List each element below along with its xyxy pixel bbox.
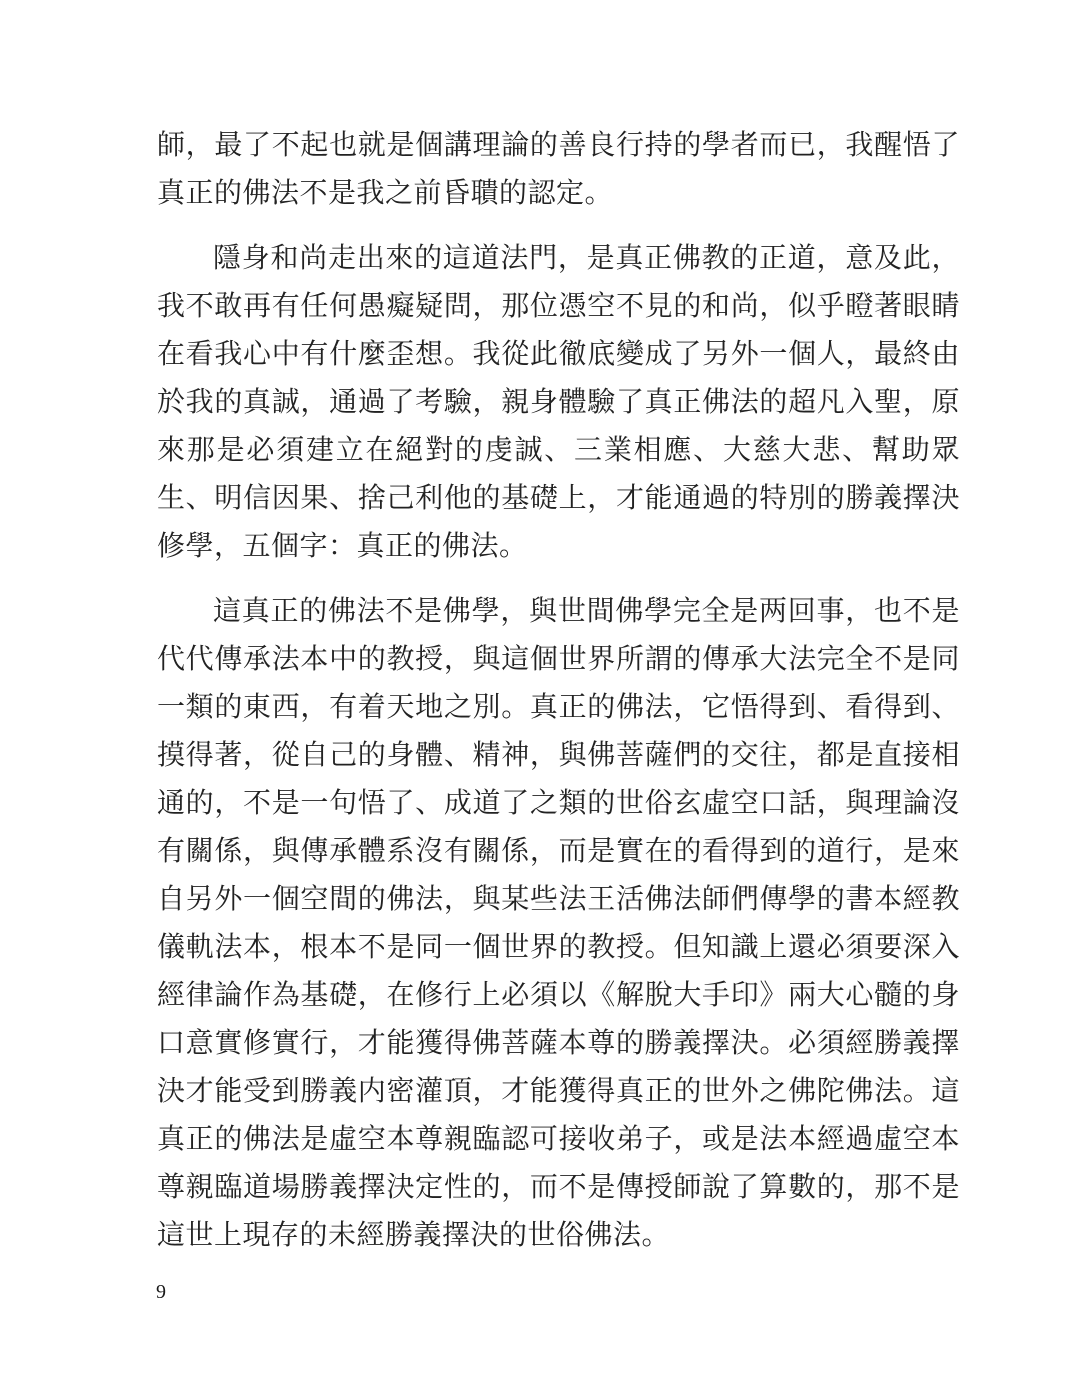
paragraph-true-dharma: 這真正的佛法不是佛學，與世間佛學完全是两回事，也不是代代傳承法本中的教授，與這個… bbox=[157, 588, 960, 1260]
page-content: 師，最了不起也就是個講理論的善良行持的學者而已，我醒悟了真正的佛法不是我之前昏聵… bbox=[157, 122, 960, 1277]
page-number: 9 bbox=[156, 1278, 166, 1306]
document-page: 師，最了不起也就是個講理論的善良行持的學者而已，我醒悟了真正的佛法不是我之前昏聵… bbox=[0, 0, 1080, 1397]
paragraph-hidden-monk: 隱身和尚走出來的這道法門，是真正佛教的正道，意及此，我不敢再有任何愚癡疑問，那位… bbox=[157, 235, 960, 571]
paragraph-continuation: 師，最了不起也就是個講理論的善良行持的學者而已，我醒悟了真正的佛法不是我之前昏聵… bbox=[157, 122, 960, 218]
